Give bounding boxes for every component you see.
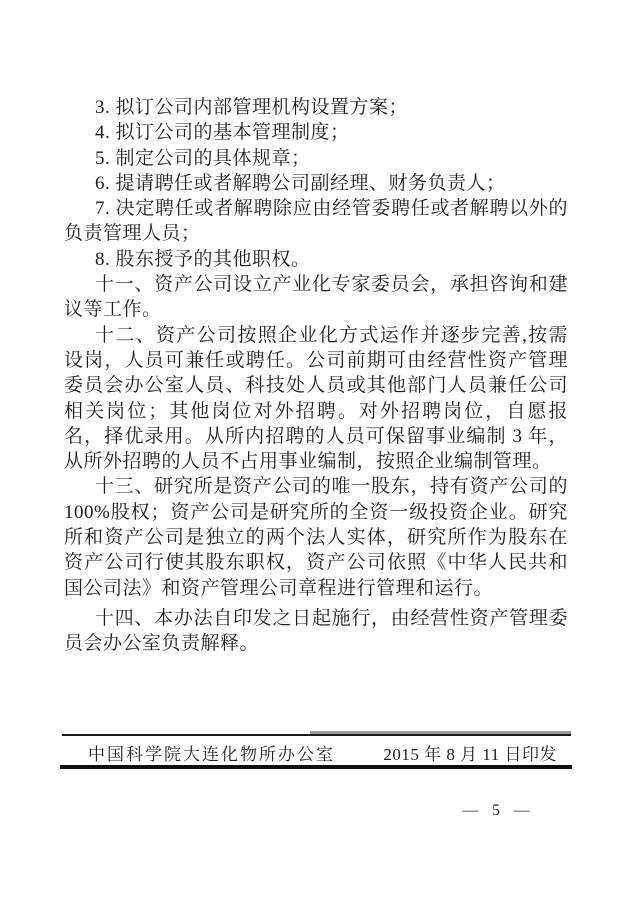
footer-rule-bottom bbox=[60, 765, 572, 769]
footer-issuer: 中国科学院大连化物所办公室 bbox=[88, 740, 335, 765]
footer: 中国科学院大连化物所办公室 2015 年 8 月 11 日印发 bbox=[62, 740, 571, 764]
paragraph-article-12: 十二、资产公司按照企业化方式运作并逐步完善,按需设岗，人员可兼任或聘任。公司前期… bbox=[64, 323, 568, 475]
body-text: 3. 拟订公司内部管理机构设置方案； 4. 拟订公司的基本管理制度； 5. 制定… bbox=[64, 95, 568, 657]
document-page: 3. 拟订公司内部管理机构设置方案； 4. 拟订公司的基本管理制度； 5. 制定… bbox=[0, 0, 634, 897]
paragraph-item-3: 3. 拟订公司内部管理机构设置方案； bbox=[64, 95, 568, 120]
paragraph-item-7: 7. 决定聘任或者解聘除应由经管委聘任或者解聘以外的负责管理人员； bbox=[64, 196, 568, 247]
paragraph-item-4: 4. 拟订公司的基本管理制度； bbox=[64, 120, 568, 145]
paragraph-item-5: 5. 制定公司的具体规章； bbox=[64, 146, 568, 171]
paragraph-article-11: 十一、资产公司设立产业化专家委员会，承担咨询和建议等工作。 bbox=[64, 272, 568, 323]
paragraph-article-13: 十三、研究所是资产公司的唯一股东，持有资产公司的100%股权；资产公司是研究所的… bbox=[64, 474, 568, 600]
footer-print-date: 2015 年 8 月 11 日印发 bbox=[383, 740, 557, 765]
paragraph-article-14: 十四、本办法自印发之日起施行，由经营性资产管理委员会办公室负责解释。 bbox=[64, 606, 568, 657]
footer-rule-top bbox=[62, 734, 571, 736]
paragraph-item-8: 8. 股东授予的其他职权。 bbox=[64, 247, 568, 272]
paragraph-item-6: 6. 提请聘任或者解聘公司副经理、财务负责人； bbox=[64, 171, 568, 196]
page-number: — 5 — bbox=[433, 802, 559, 820]
